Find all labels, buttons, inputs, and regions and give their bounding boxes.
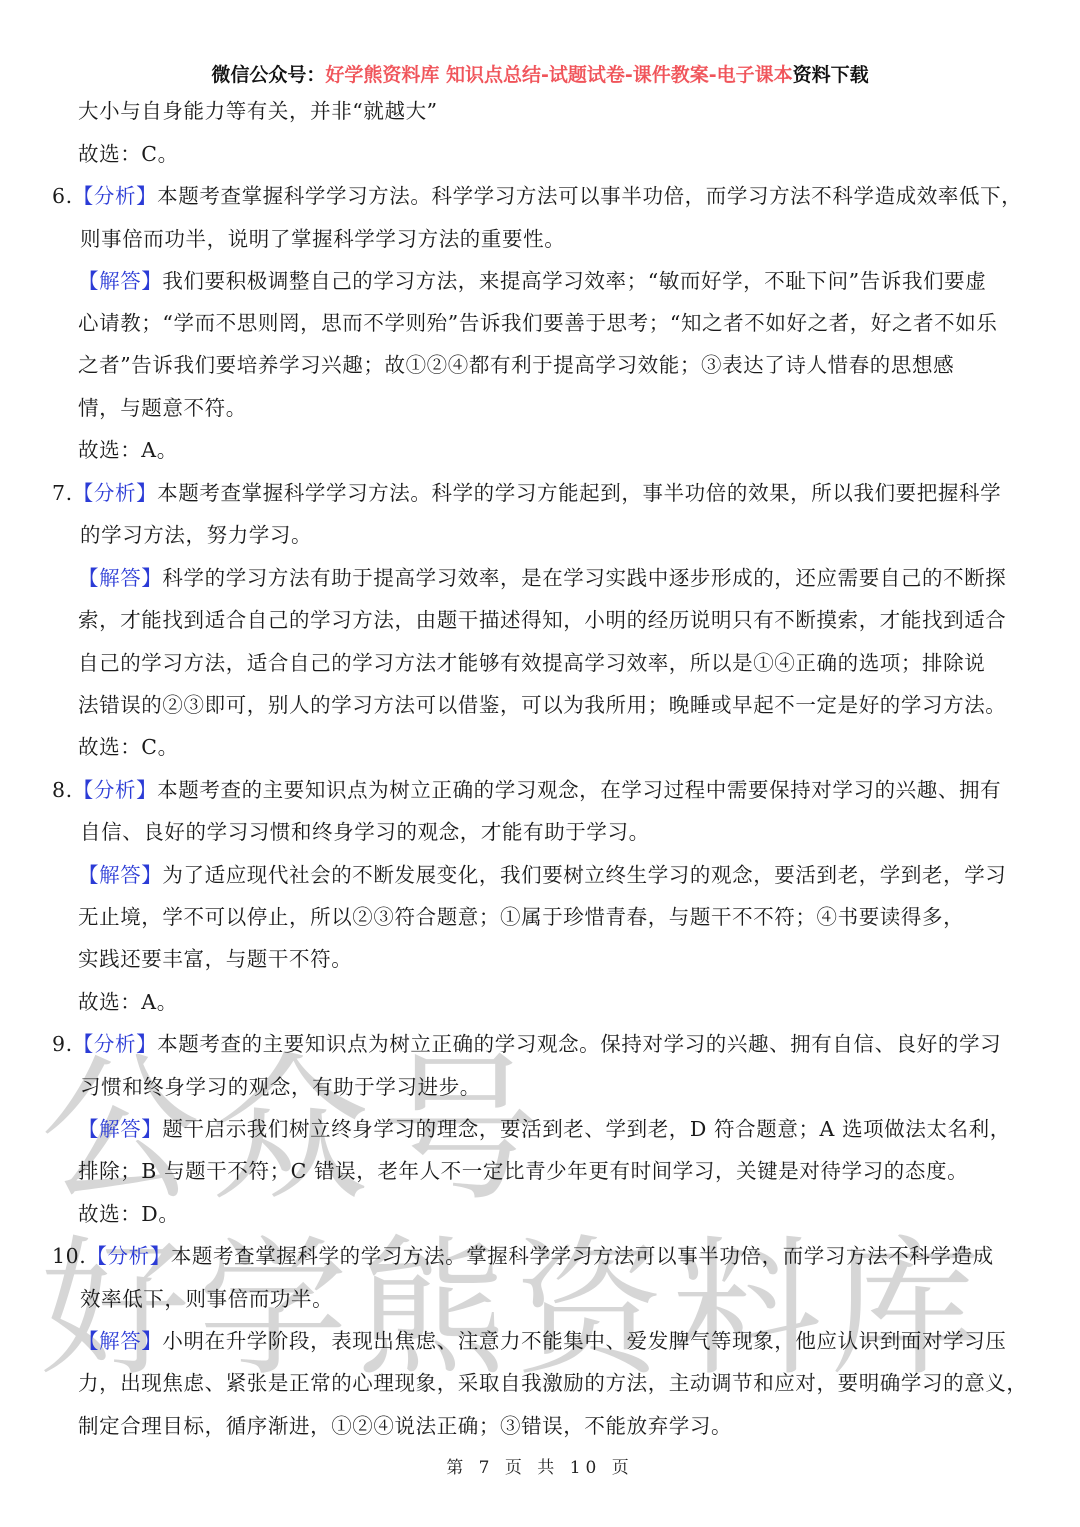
text-line: 习惯和终身学习的观念，有助于学习进步。 (80, 1072, 481, 1102)
header-highlight: 好学熊资料库 知识点总结-试题试卷-课件教案-电子课本 (325, 64, 792, 86)
text-line: 制定合理目标，循序渐进，①②④说法正确；③错误，不能放弃学习。 (78, 1411, 732, 1441)
analysis-tag: 【分析】 (86, 1244, 170, 1268)
text-line: 效率低下，则事倍而功半。 (80, 1284, 333, 1314)
question-7-answer: 【解答】科学的学习方法有助于提高学习效率，是在学习实践中逐步形成的，还应需要自己… (78, 563, 1006, 593)
answer-tag: 【解答】 (78, 863, 162, 887)
question-number: 7. (52, 481, 73, 505)
analysis-tag: 【分析】 (73, 184, 157, 208)
question-number: 6. (52, 184, 73, 208)
header-prefix: 微信公众号： (211, 64, 325, 86)
analysis-text: 本题考查的主要知识点为树立正确的学习观念。保持对学习的兴趣、拥有自信、良好的学习 (157, 1032, 1001, 1056)
question-10-answer: 【解答】小明在升学阶段，表现出焦虑、注意力不能集中、爱发脾气等现象，他应认识到面… (78, 1326, 1006, 1356)
text-line: 无止境，学不可以停止，所以②③符合题意；①属于珍惜青春，与题干不不符；④书要读得… (78, 902, 964, 932)
analysis-tag: 【分析】 (73, 778, 157, 802)
analysis-text: 本题考查掌握科学学习方法。科学的学习方能起到，事半功倍的效果，所以我们要把握科学 (157, 481, 1001, 505)
choice-line: 故选：C。 (78, 732, 179, 762)
text-line: 之者”告诉我们要培养学习兴趣；故①②④都有利于提高学习效能；③表达了诗人惜春的思… (78, 350, 954, 380)
text-line: 自信、良好的学习习惯和终身学习的观念，才能有助于学习。 (80, 817, 650, 847)
text-line: 的学习方法，努力学习。 (80, 520, 312, 550)
analysis-text: 本题考查掌握科学的学习方法。掌握科学学习方法可以事半功倍，而学习方法不科学造成 (171, 1244, 994, 1268)
choice-line: 故选：A。 (78, 435, 178, 465)
answer-tag: 【解答】 (78, 269, 162, 293)
page-number-footer: 第 7 页 共 10 页 (0, 1453, 1080, 1478)
question-8-answer: 【解答】为了适应现代社会的不断发展变化，我们要树立终生学习的观念，要活到老，学到… (78, 860, 1006, 890)
question-number: 9. (52, 1032, 73, 1056)
answer-text: 题干启示我们树立终身学习的理念，要活到老、学到老，D 符合题意；A 选项做法太名… (162, 1117, 1010, 1141)
answer-text: 为了适应现代社会的不断发展变化，我们要树立终生学习的观念，要活到老，学到老，学习 (162, 863, 1006, 887)
question-6-analysis: 6.【分析】本题考查掌握科学学习方法。科学学习方法可以事半功倍，而学习方法不科学… (52, 181, 1022, 211)
choice-line: 故选：C。 (78, 139, 179, 169)
question-9-analysis: 9.【分析】本题考查的主要知识点为树立正确的学习观念。保持对学习的兴趣、拥有自信… (52, 1029, 1001, 1059)
analysis-text: 本题考查的主要知识点为树立正确的学习观念，在学习过程中需要保持对学习的兴趣、拥有 (157, 778, 1001, 802)
choice-line: 故选：A。 (78, 987, 178, 1017)
answer-text: 我们要积极调整自己的学习方法，来提高学习效率；“敏而好学，不耻下问”告诉我们要虚 (162, 269, 986, 293)
choice-line: 故选：D。 (78, 1199, 179, 1229)
question-number: 8. (52, 778, 73, 802)
question-10-analysis: 10.【分析】本题考查掌握科学的学习方法。掌握科学学习方法可以事半功倍，而学习方… (52, 1241, 994, 1271)
text-line: 力，出现焦虑、紧张是正常的心理现象，采取自我激励的方法，主动调节和应对，要明确学… (78, 1368, 1028, 1398)
page-header-banner: 微信公众号：好学熊资料库 知识点总结-试题试卷-课件教案-电子课本资料下载 (0, 60, 1080, 87)
text-line: 排除；B 与题干不符；C 错误，老年人不一定比青少年更有时间学习，关键是对待学习… (78, 1156, 968, 1186)
answer-text: 小明在升学阶段，表现出焦虑、注意力不能集中、爱发脾气等现象，他应认识到面对学习压 (162, 1329, 1006, 1353)
analysis-tag: 【分析】 (73, 481, 157, 505)
text-line: 大小与自身能力等有关，并非“就越大” (78, 96, 438, 126)
text-line: 则事倍而功半，说明了掌握科学学习方法的重要性。 (80, 224, 565, 254)
text-line: 法错误的②③即可，别人的学习方法可以借鉴，可以为我所用；晚睡或早起不一定是好的学… (78, 690, 1006, 720)
analysis-text: 本题考查掌握科学学习方法。科学学习方法可以事半功倍，而学习方法不科学造成效率低下… (157, 184, 1022, 208)
question-7-analysis: 7.【分析】本题考查掌握科学学习方法。科学的学习方能起到，事半功倍的效果，所以我… (52, 478, 1001, 508)
answer-tag: 【解答】 (78, 1117, 162, 1141)
question-8-analysis: 8.【分析】本题考查的主要知识点为树立正确的学习观念，在学习过程中需要保持对学习… (52, 775, 1001, 805)
question-9-answer: 【解答】题干启示我们树立终身学习的理念，要活到老、学到老，D 符合题意；A 选项… (78, 1114, 1011, 1144)
analysis-tag: 【分析】 (73, 1032, 157, 1056)
question-number: 10. (52, 1244, 86, 1268)
text-line: 实践还要丰富，与题干不符。 (78, 944, 352, 974)
text-line: 情，与题意不符。 (78, 393, 247, 423)
text-line: 心请教；“学而不思则罔，思而不学则殆”告诉我们要善于思考；“知之者不如好之者，好… (78, 308, 997, 338)
header-suffix: 资料下载 (793, 64, 869, 86)
answer-tag: 【解答】 (78, 566, 162, 590)
question-6-answer: 【解答】我们要积极调整自己的学习方法，来提高学习效率；“敏而好学，不耻下问”告诉… (78, 266, 986, 296)
answer-text: 科学的学习方法有助于提高学习效率，是在学习实践中逐步形成的，还应需要自己的不断探 (162, 566, 1006, 590)
answer-tag: 【解答】 (78, 1329, 162, 1353)
text-line: 自己的学习方法，适合自己的学习方法才能够有效提高学习效率，所以是①④正确的选项；… (78, 648, 985, 678)
text-line: 索，才能找到适合自己的学习方法，由题干描述得知，小明的经历说明只有不断摸索，才能… (78, 605, 1006, 635)
